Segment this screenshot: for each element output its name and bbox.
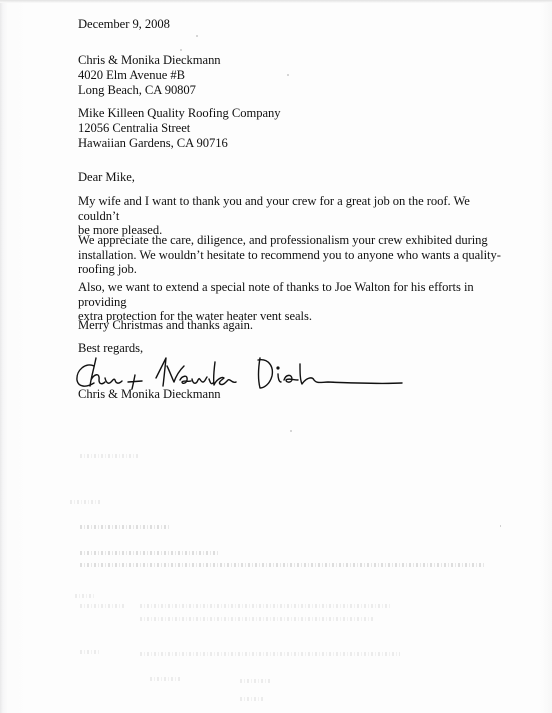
signature-name: Chris & Monika Dieckmann — [78, 387, 221, 402]
body-paragraph-1: My wife and I want to thank you and your… — [78, 194, 508, 238]
salutation: Dear Mike, — [78, 170, 135, 185]
sender-name: Chris & Monika Dieckmann — [78, 53, 221, 68]
recipient-company: Mike Killeen Quality Roofing Company — [78, 106, 280, 121]
scan-speck — [288, 315, 289, 316]
sender-street: 4020 Elm Avenue #B — [78, 68, 185, 83]
body-paragraph-2: We appreciate the care, diligence, and p… — [78, 233, 508, 277]
scan-speck — [196, 35, 198, 37]
letter-date: December 9, 2008 — [78, 17, 170, 32]
recipient-street: 12056 Centralia Street — [78, 121, 190, 136]
scanned-letter-page: December 9, 2008 Chris & Monika Dieckman… — [0, 0, 552, 713]
scan-speck — [180, 49, 182, 51]
sender-city: Long Beach, CA 90807 — [78, 83, 196, 98]
body-paragraph-4: Merry Christmas and thanks again. — [78, 318, 508, 333]
scan-speck — [500, 525, 501, 527]
recipient-city: Hawaiian Gardens, CA 90716 — [78, 136, 228, 151]
scan-speck — [290, 430, 292, 432]
scan-speck — [287, 74, 289, 76]
scan-edge — [0, 0, 552, 3]
